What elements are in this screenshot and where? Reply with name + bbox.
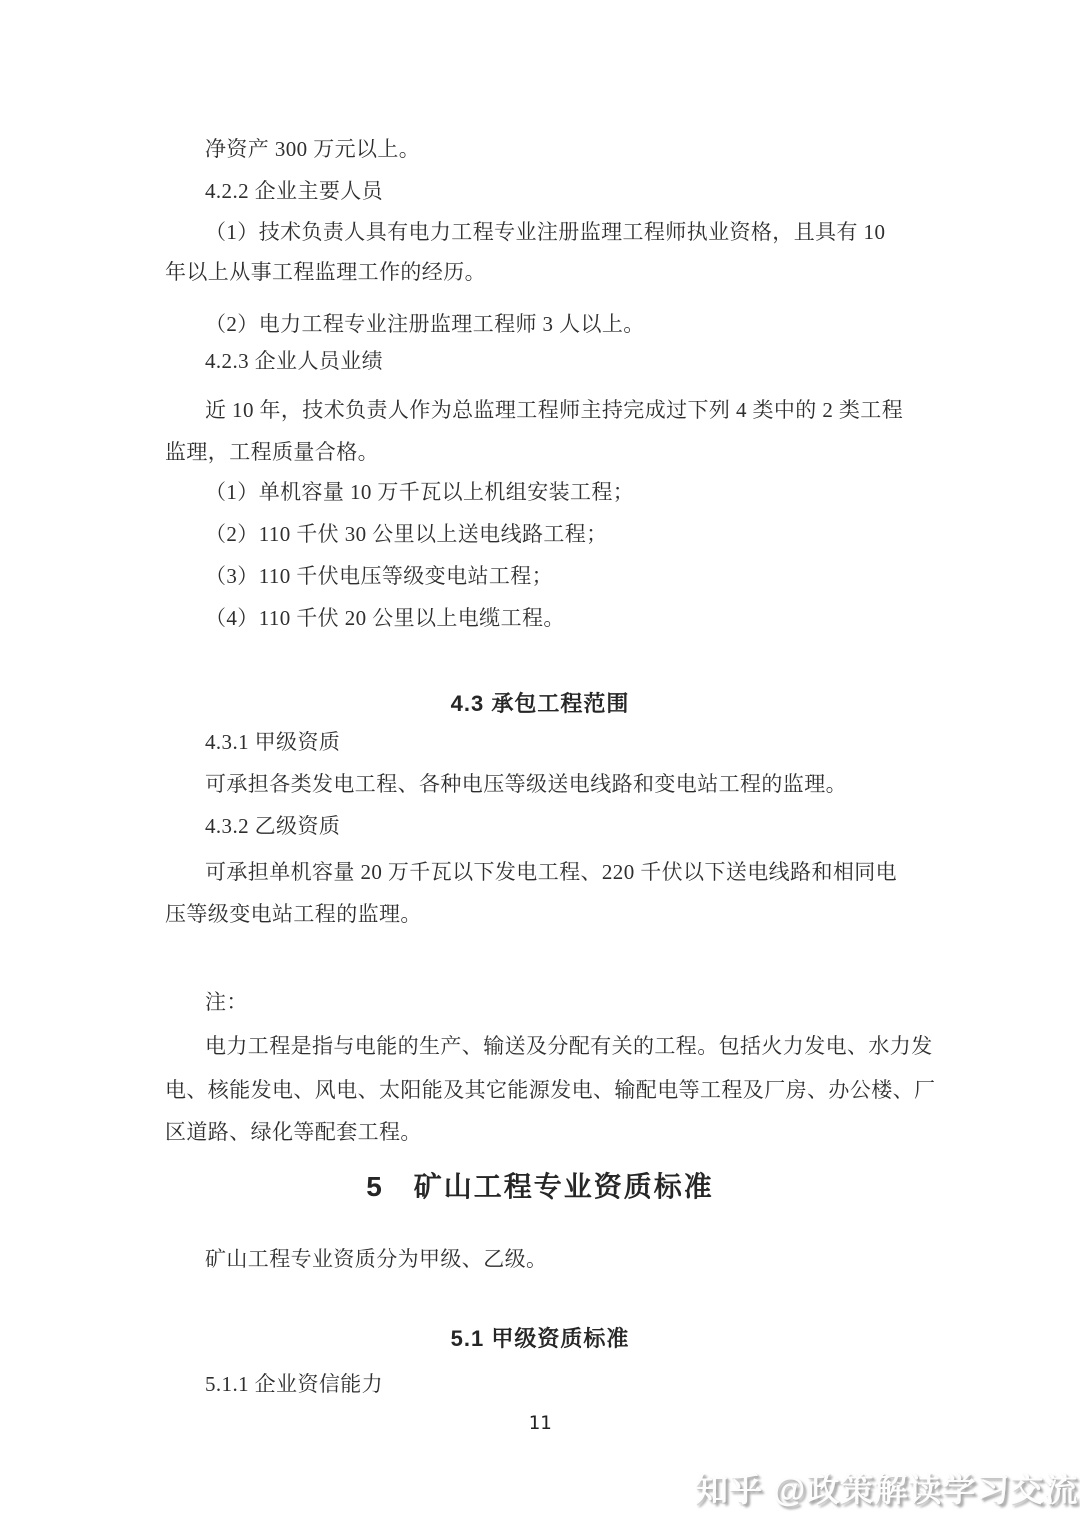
- section-5-1-title: 5.1 甲级资质标准: [0, 1325, 1080, 1353]
- works-list-item-4: （4）110 千伏 20 公里以上电缆工程。: [205, 604, 565, 632]
- clause-title-4-2-2: 4.2.2 企业主要人员: [205, 177, 383, 205]
- note-line-3: 区道路、绿化等配套工程。: [165, 1118, 422, 1146]
- watermark: 知乎 @政策解读学习交流: [695, 1464, 1078, 1511]
- grade-a-scope-line: 可承担各类发电工程、各种电压等级送电线路和变电站工程的监理。: [205, 770, 847, 798]
- page-number: 11: [0, 1412, 1080, 1434]
- item-1-line-1: （1）技术负责人具有电力工程专业注册监理工程师执业资格，且具有 10: [205, 218, 885, 246]
- clause-title-4-3-1: 4.3.1 甲级资质: [205, 728, 340, 756]
- clause-title-4-3-2: 4.3.2 乙级资质: [205, 812, 340, 840]
- item-1-line-2: 年以上从事工程监理工作的经历。: [165, 258, 486, 286]
- note-line-2: 电、核能发电、风电、太阳能及其它能源发电、输配电等工程及厂房、办公楼、厂: [165, 1076, 935, 1104]
- note-line-1: 电力工程是指与电能的生产、输送及分配有关的工程。包括火力发电、水力发: [205, 1032, 933, 1060]
- performance-line-1: 近 10 年，技术负责人作为总监理工程师主持完成过下列 4 类中的 2 类工程: [205, 396, 903, 424]
- works-list-item-2: （2）110 千伏 30 公里以上送电线路工程；: [205, 520, 608, 548]
- works-list-item-1: （1）单机容量 10 万千瓦以上机组安装工程；: [205, 478, 634, 506]
- net-assets-line: 净资产 300 万元以上。: [205, 135, 420, 163]
- chapter-5-title: 5 矿山工程专业资质标准: [0, 1173, 1080, 1201]
- grade-b-scope-line-2: 压等级变电站工程的监理。: [165, 900, 422, 928]
- document-page: 净资产 300 万元以上。 4.2.2 企业主要人员 （1）技术负责人具有电力工…: [0, 0, 1080, 1527]
- performance-line-2: 监理，工程质量合格。: [165, 438, 379, 466]
- grade-b-scope-line-1: 可承担单机容量 20 万千瓦以下发电工程、220 千伏以下送电线路和相同电: [205, 858, 897, 886]
- section-4-3-title: 4.3 承包工程范围: [0, 690, 1080, 718]
- note-label: 注：: [205, 988, 248, 1016]
- chapter-5-intro: 矿山工程专业资质分为甲级、乙级。: [205, 1245, 547, 1273]
- item-2-line: （2）电力工程专业注册监理工程师 3 人以上。: [205, 310, 645, 338]
- clause-title-4-2-3: 4.2.3 企业人员业绩: [205, 347, 383, 375]
- works-list-item-3: （3）110 千伏电压等级变电站工程；: [205, 562, 553, 590]
- clause-title-5-1-1: 5.1.1 企业资信能力: [205, 1370, 383, 1398]
